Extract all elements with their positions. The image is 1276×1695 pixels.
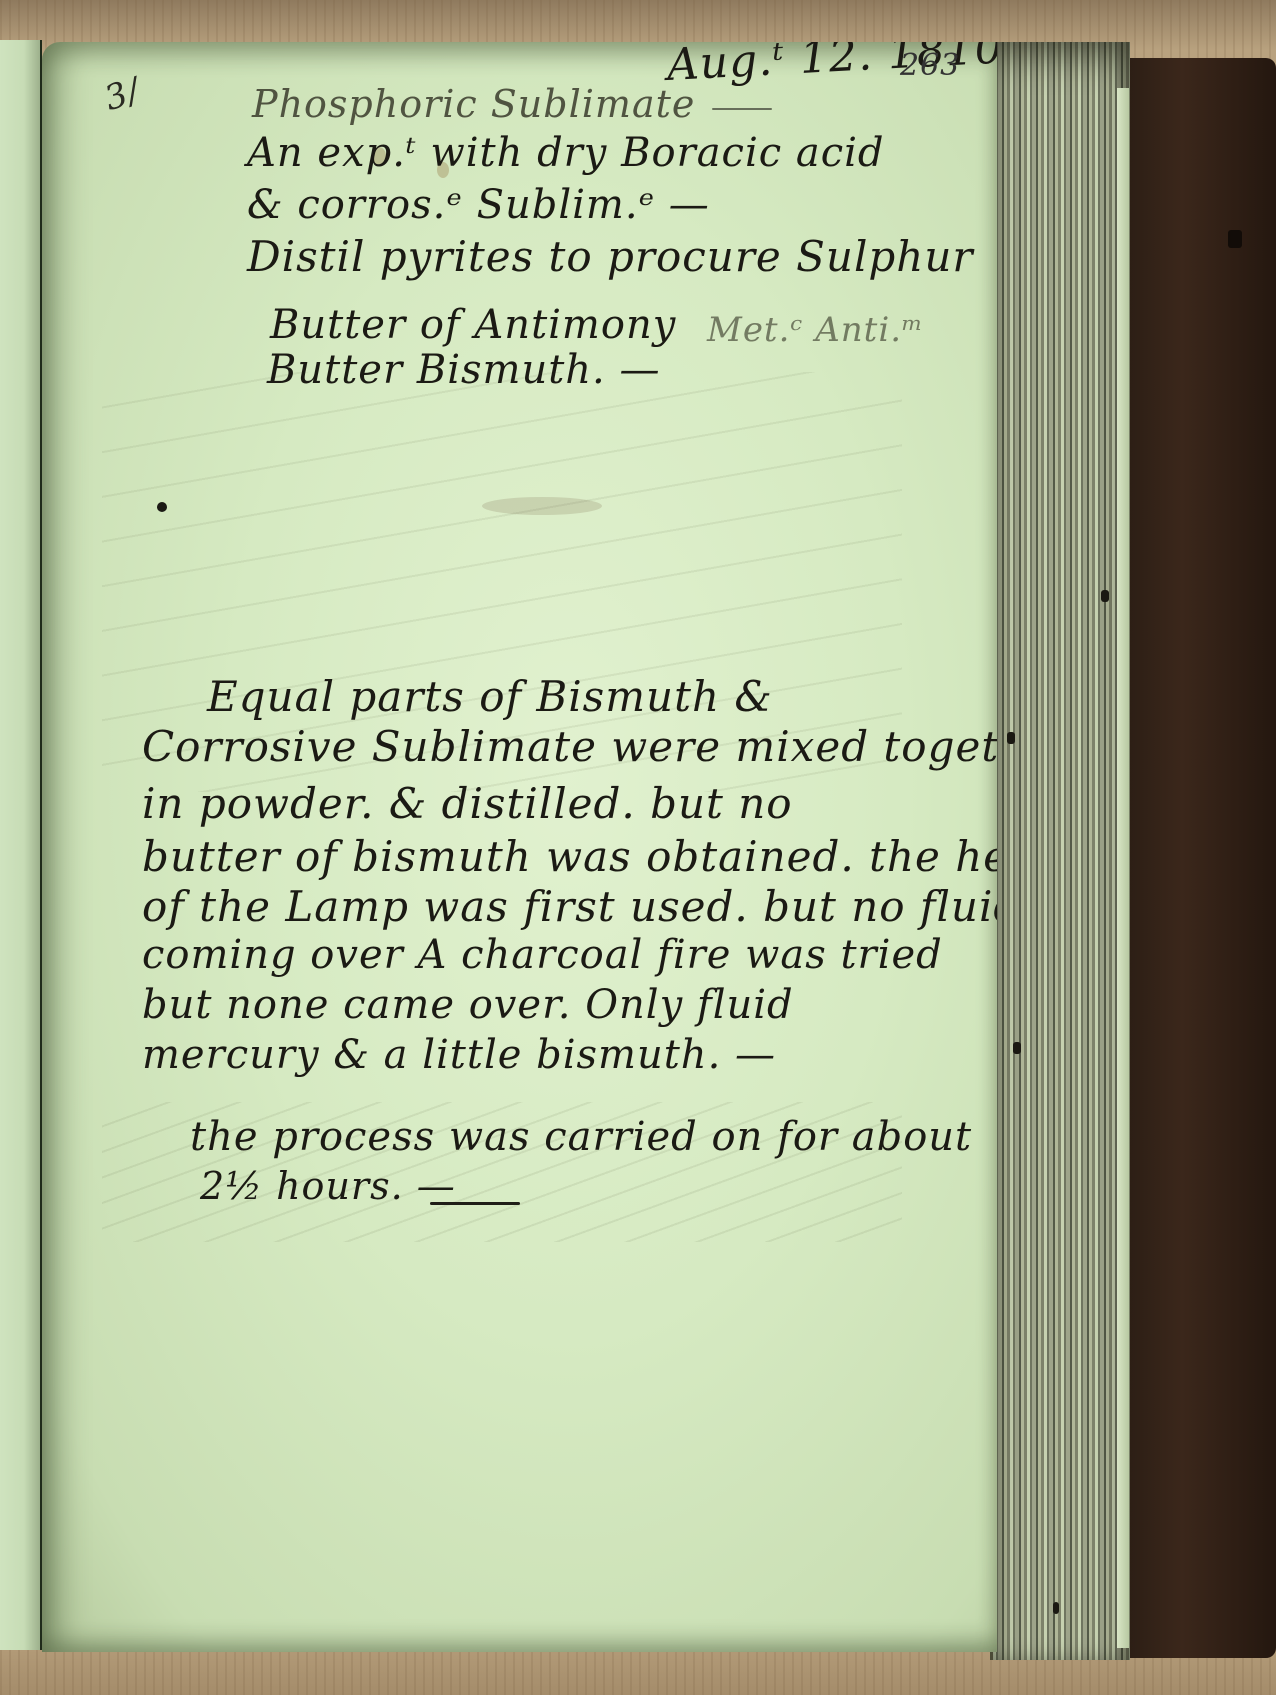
dash-rule (712, 108, 772, 110)
page-stack-lip (1117, 88, 1129, 1648)
ink-dot (157, 502, 167, 512)
paragraph-line: mercury & a little bismuth. — (142, 1032, 776, 1078)
side-note: Met.ᶜ Anti.ᵐ (707, 310, 924, 350)
dash-rule (430, 1202, 520, 1205)
entry-line: An exp.ᵗ with dry Boracic acid (247, 130, 885, 176)
entry-line: Distil pyrites to procure Sulphur (247, 232, 973, 281)
paragraph-line: of the Lamp was first used. but no fluid (142, 882, 997, 931)
entry-line: Butter Bismuth. — (267, 347, 660, 393)
paragraph-line: the process was carried on for about (190, 1114, 972, 1160)
paragraph-line: Equal parts of Bismuth & (207, 672, 773, 721)
page-stack-fore-edge (990, 42, 1130, 1660)
notebook-page: 3/ Aug.ᵗ 12. 1810 263 Phosphoric Sublima… (42, 42, 997, 1652)
margin-mark: 3/ (100, 70, 146, 119)
paragraph-line: coming over A charcoal fire was tried (142, 932, 943, 978)
entry-line: Butter of Antimony (270, 302, 676, 348)
entry-line: & corros.ᵉ Sublim.ᵉ — (247, 182, 710, 228)
edge-stain (1007, 732, 1015, 744)
paragraph-line: Corrosive Sublimate were mixed together (142, 722, 997, 771)
edge-stain (1013, 1042, 1021, 1054)
paragraph-line: 2½ hours. — (200, 1164, 456, 1208)
book-cover (1120, 58, 1276, 1658)
entry-line: Phosphoric Sublimate (252, 82, 695, 126)
page-number: 263 (900, 48, 960, 83)
edge-stain (1053, 1602, 1059, 1614)
facing-page-edge (0, 40, 42, 1650)
paragraph-line: but none came over. Only fluid (142, 982, 794, 1028)
edge-stain (1101, 590, 1109, 602)
paragraph-line: butter of bismuth was obtained. the heat (142, 832, 997, 881)
paragraph-line: in powder. & distilled. but no (142, 779, 793, 828)
faded-mark (482, 497, 602, 515)
cover-clasp (1228, 230, 1242, 248)
